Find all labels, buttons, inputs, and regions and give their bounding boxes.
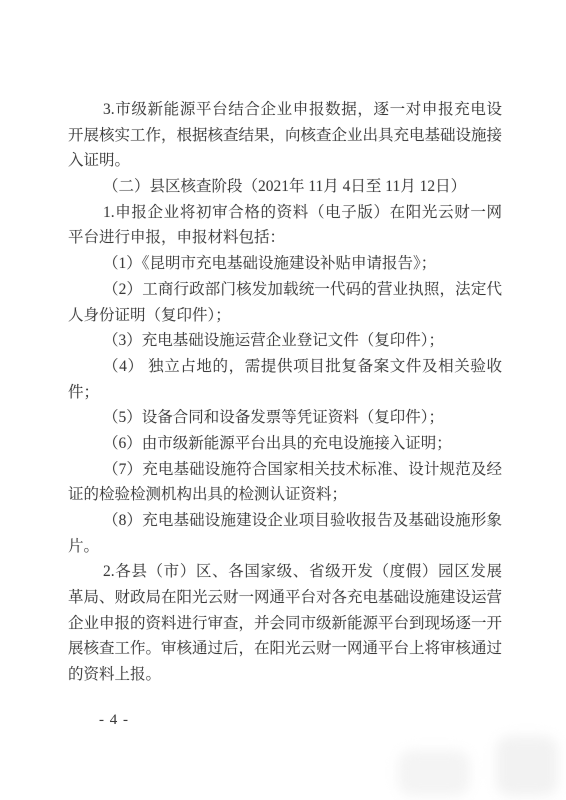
list-item: （3）充电基础设施运营企业登记文件（复印件）； xyxy=(68,328,502,354)
text-line: 平台进行申报，申报材料包括： xyxy=(68,225,502,251)
list-item: （6）由市级新能源平台出具的充电设施接入证明； xyxy=(68,431,502,457)
list-item: （1）《昆明市充电基础设施建设补贴申请报告》； xyxy=(68,251,502,277)
list-item: （2）工商行政部门核发加载统一代码的营业执照，法定代表 xyxy=(68,277,502,303)
text-line: 开展核实工作，根据核查结果，向核查企业出具充电基础设施接 xyxy=(68,123,502,149)
text-line: 3.市级新能源平台结合企业申报数据，逐一对申报充电设施 xyxy=(68,97,502,123)
text-line: 的资料上报。 xyxy=(68,662,502,688)
section-heading: （二）县区核查阶段（2021年 11月 4日至 11月 12日） xyxy=(68,174,502,200)
page-number: - 4 - xyxy=(99,712,129,729)
text-line: 片。 xyxy=(68,534,502,560)
document-body: 3.市级新能源平台结合企业申报数据，逐一对申报充电设施 开展核实工作，根据核查结… xyxy=(68,97,502,688)
text-line: 展核查工作。审核通过后，在阳光云财一网通平台上将审核通过 xyxy=(68,636,502,662)
text-line: 1.申报企业将初审合格的资料（电子版）在阳光云财一网通 xyxy=(68,200,502,226)
text-line: 件； xyxy=(68,380,502,406)
text-line: 2.各县（市）区、各国家级、省级开发（度假）园区发展改 xyxy=(68,559,502,585)
list-item: （5）设备合同和设备发票等凭证资料（复印件）； xyxy=(68,405,502,431)
text-line: 企业申报的资料进行审查，并会同市级新能源平台到现场逐一开 xyxy=(68,611,502,637)
text-line: 入证明。 xyxy=(68,148,502,174)
list-item: （8）充电基础设施建设企业项目验收报告及基础设施形象图 xyxy=(68,508,502,534)
text-line: 革局、财政局在阳光云财一网通平台对各充电基础设施建设运营 xyxy=(68,585,502,611)
scan-smudge xyxy=(398,750,470,796)
list-item: （7）充电基础设施符合国家相关技术标准、设计规范及经认 xyxy=(68,457,502,483)
text-line: 证的检验检测机构出具的检测认证资料； xyxy=(68,482,502,508)
document-page: 3.市级新能源平台结合企业申报数据，逐一对申报充电设施 开展核实工作，根据核查结… xyxy=(0,0,566,800)
scan-smudge xyxy=(496,736,558,796)
list-item: （4） 独立占地的，需提供项目批复备案文件及相关验收文 xyxy=(68,354,502,380)
text-line: 人身份证明（复印件）； xyxy=(68,303,502,329)
